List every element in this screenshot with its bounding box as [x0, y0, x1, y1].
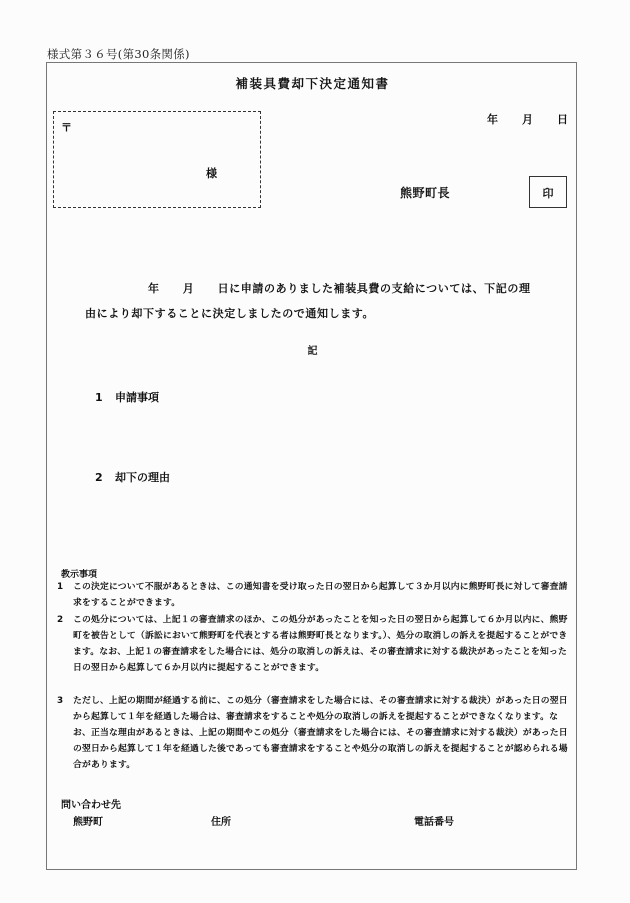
item-label: 申請事項: [115, 391, 159, 404]
form-number: 様式第３６号(第30条関係): [47, 46, 190, 62]
instruction-text: この処分については、上記１の審査請求のほか、この処分があったことを知った日の翌日…: [57, 612, 569, 676]
date-year: 年: [487, 111, 498, 127]
instruction-number: 2: [57, 612, 63, 628]
recipient-honorific: 様: [206, 165, 217, 181]
instruction-item: 2 この処分については、上記１の審査請求のほか、この処分があったことを知った日の…: [57, 612, 569, 676]
document-title: 補装具費却下決定通知書: [47, 74, 578, 92]
issuer-name: 熊野町長: [400, 184, 450, 201]
contact-heading: 問い合わせ先: [61, 796, 121, 811]
recipient-address-box: 〒 様: [53, 111, 261, 208]
instruction-number: 1: [57, 579, 63, 595]
contact-phone-label: 電話番号: [414, 813, 454, 828]
seal-box: 印: [529, 176, 567, 208]
date-month: 月: [522, 111, 533, 127]
contact-address-label: 住所: [211, 813, 231, 828]
body-line-1: 年 月 日に申請のありました補装具費の支給については、下記の理: [148, 280, 531, 296]
instruction-item: 3 ただし、上記の期間が経過する前に、この処分（審査請求をした場合には、その審査…: [57, 693, 569, 773]
postal-mark: 〒: [61, 119, 72, 135]
instruction-item: 1 この決定について不服があるときは、この通知書を受け取った日の翌日から起算して…: [57, 579, 569, 611]
body-line-2: 由により却下することに決定しましたので通知します。: [85, 305, 374, 321]
contact-town: 熊野町: [73, 813, 103, 828]
item-number: 2: [95, 471, 115, 484]
instruction-text: この決定について不服があるときは、この通知書を受け取った日の翌日から起算して３か…: [57, 579, 569, 611]
notice-frame: 補装具費却下決定通知書 〒 様 年 月 日 熊野町長 印 年 月 日に申請のあり…: [46, 62, 577, 870]
date-day: 日: [557, 111, 568, 127]
item-number: 1: [95, 391, 115, 404]
item-application: 1申請事項: [95, 389, 159, 405]
ki-marker: 記: [47, 342, 578, 357]
instruction-number: 3: [57, 693, 63, 709]
item-label: 却下の理由: [115, 471, 170, 484]
item-rejection-reason: 2却下の理由: [95, 469, 170, 485]
instruction-text: ただし、上記の期間が経過する前に、この処分（審査請求をした場合には、その審査請求…: [57, 693, 569, 773]
